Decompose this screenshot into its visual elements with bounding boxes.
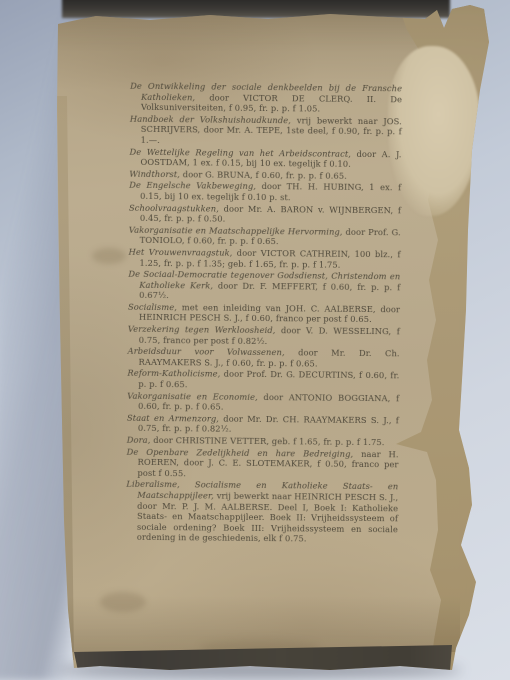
- book-entry: De Engelsche Vakbeweging, door TH. H. HU…: [129, 180, 401, 204]
- dark-shadow-band-above-book: [62, 0, 450, 18]
- entry-title: Verzekering tegen Werkloosheid,: [128, 324, 281, 335]
- book-entry: Staat en Armenzorg, door Mr. Dr. CH. RAA…: [127, 413, 399, 437]
- book-entry: Reform-Katholicisme, door Prof. Dr. G. D…: [127, 368, 399, 392]
- book-entry: Het Vrouwenvraagstuk, door VICTOR CATHRE…: [128, 247, 400, 271]
- book-back-cover: De Ontwikkeling der sociale denkbeelden …: [0, 0, 510, 680]
- photo-of-book-back-cover: De Ontwikkeling der sociale denkbeelden …: [0, 0, 510, 680]
- book-entry: Verzekering tegen Werkloosheid, door V. …: [128, 324, 400, 348]
- book-entry: De Wettelijke Regeling van het Arbeidsco…: [129, 146, 401, 170]
- book-entry: De Openbare Zedelijkheid en hare Bedreig…: [126, 446, 398, 480]
- entry-title: Het Vrouwenvraagstuk,: [129, 247, 237, 258]
- book-entry: Vakorganisatie en Maatschappelijke Hervo…: [129, 224, 401, 248]
- entry-title: Vakorganisatie en Economie,: [127, 390, 263, 401]
- entry-title: Reform-Katholicisme,: [127, 368, 223, 379]
- entry-title: Dora,: [127, 435, 154, 445]
- entry-title: Socialisme,: [128, 302, 182, 313]
- entry-title: Schoolvraagstukken,: [129, 202, 224, 213]
- bottom-shading: [60, 596, 460, 652]
- book-entry: Arbeidsduur voor Volwassenen, door Mr. D…: [127, 346, 399, 370]
- entry-title: De Engelsche Vakbeweging,: [129, 180, 261, 191]
- book-entry: De Sociaal-Democratie tegenover Godsdien…: [128, 269, 400, 303]
- entry-title: Staat en Armenzorg,: [127, 413, 223, 424]
- book-entry: Vakorganisatie en Economie, door ANTONIO…: [127, 390, 399, 414]
- book-entry: Socialisme, met een inleiding van JOH. C…: [128, 302, 400, 326]
- book-entry: Handboek der Volkshuishoudkunde, vrij be…: [130, 113, 402, 147]
- small-stain: [92, 248, 126, 264]
- book-entry: De Ontwikkeling der sociale denkbeelden …: [130, 81, 402, 115]
- book-entries: De Ontwikkeling der sociale denkbeelden …: [126, 81, 402, 547]
- book-entry: Liberalisme, Socialisme en Katholieke St…: [126, 479, 399, 545]
- entry-details: door G. BRUNA, f 0.60, fr. p. p. f 0.65.: [183, 169, 347, 181]
- book-entry: Schoolvraagstukken, door Mr. A. BARON v.…: [129, 202, 401, 226]
- entry-title: Windthorst,: [129, 168, 182, 179]
- entry-details: door CHRISTINE VETTER, geb. f 1.65, fr. …: [153, 435, 384, 447]
